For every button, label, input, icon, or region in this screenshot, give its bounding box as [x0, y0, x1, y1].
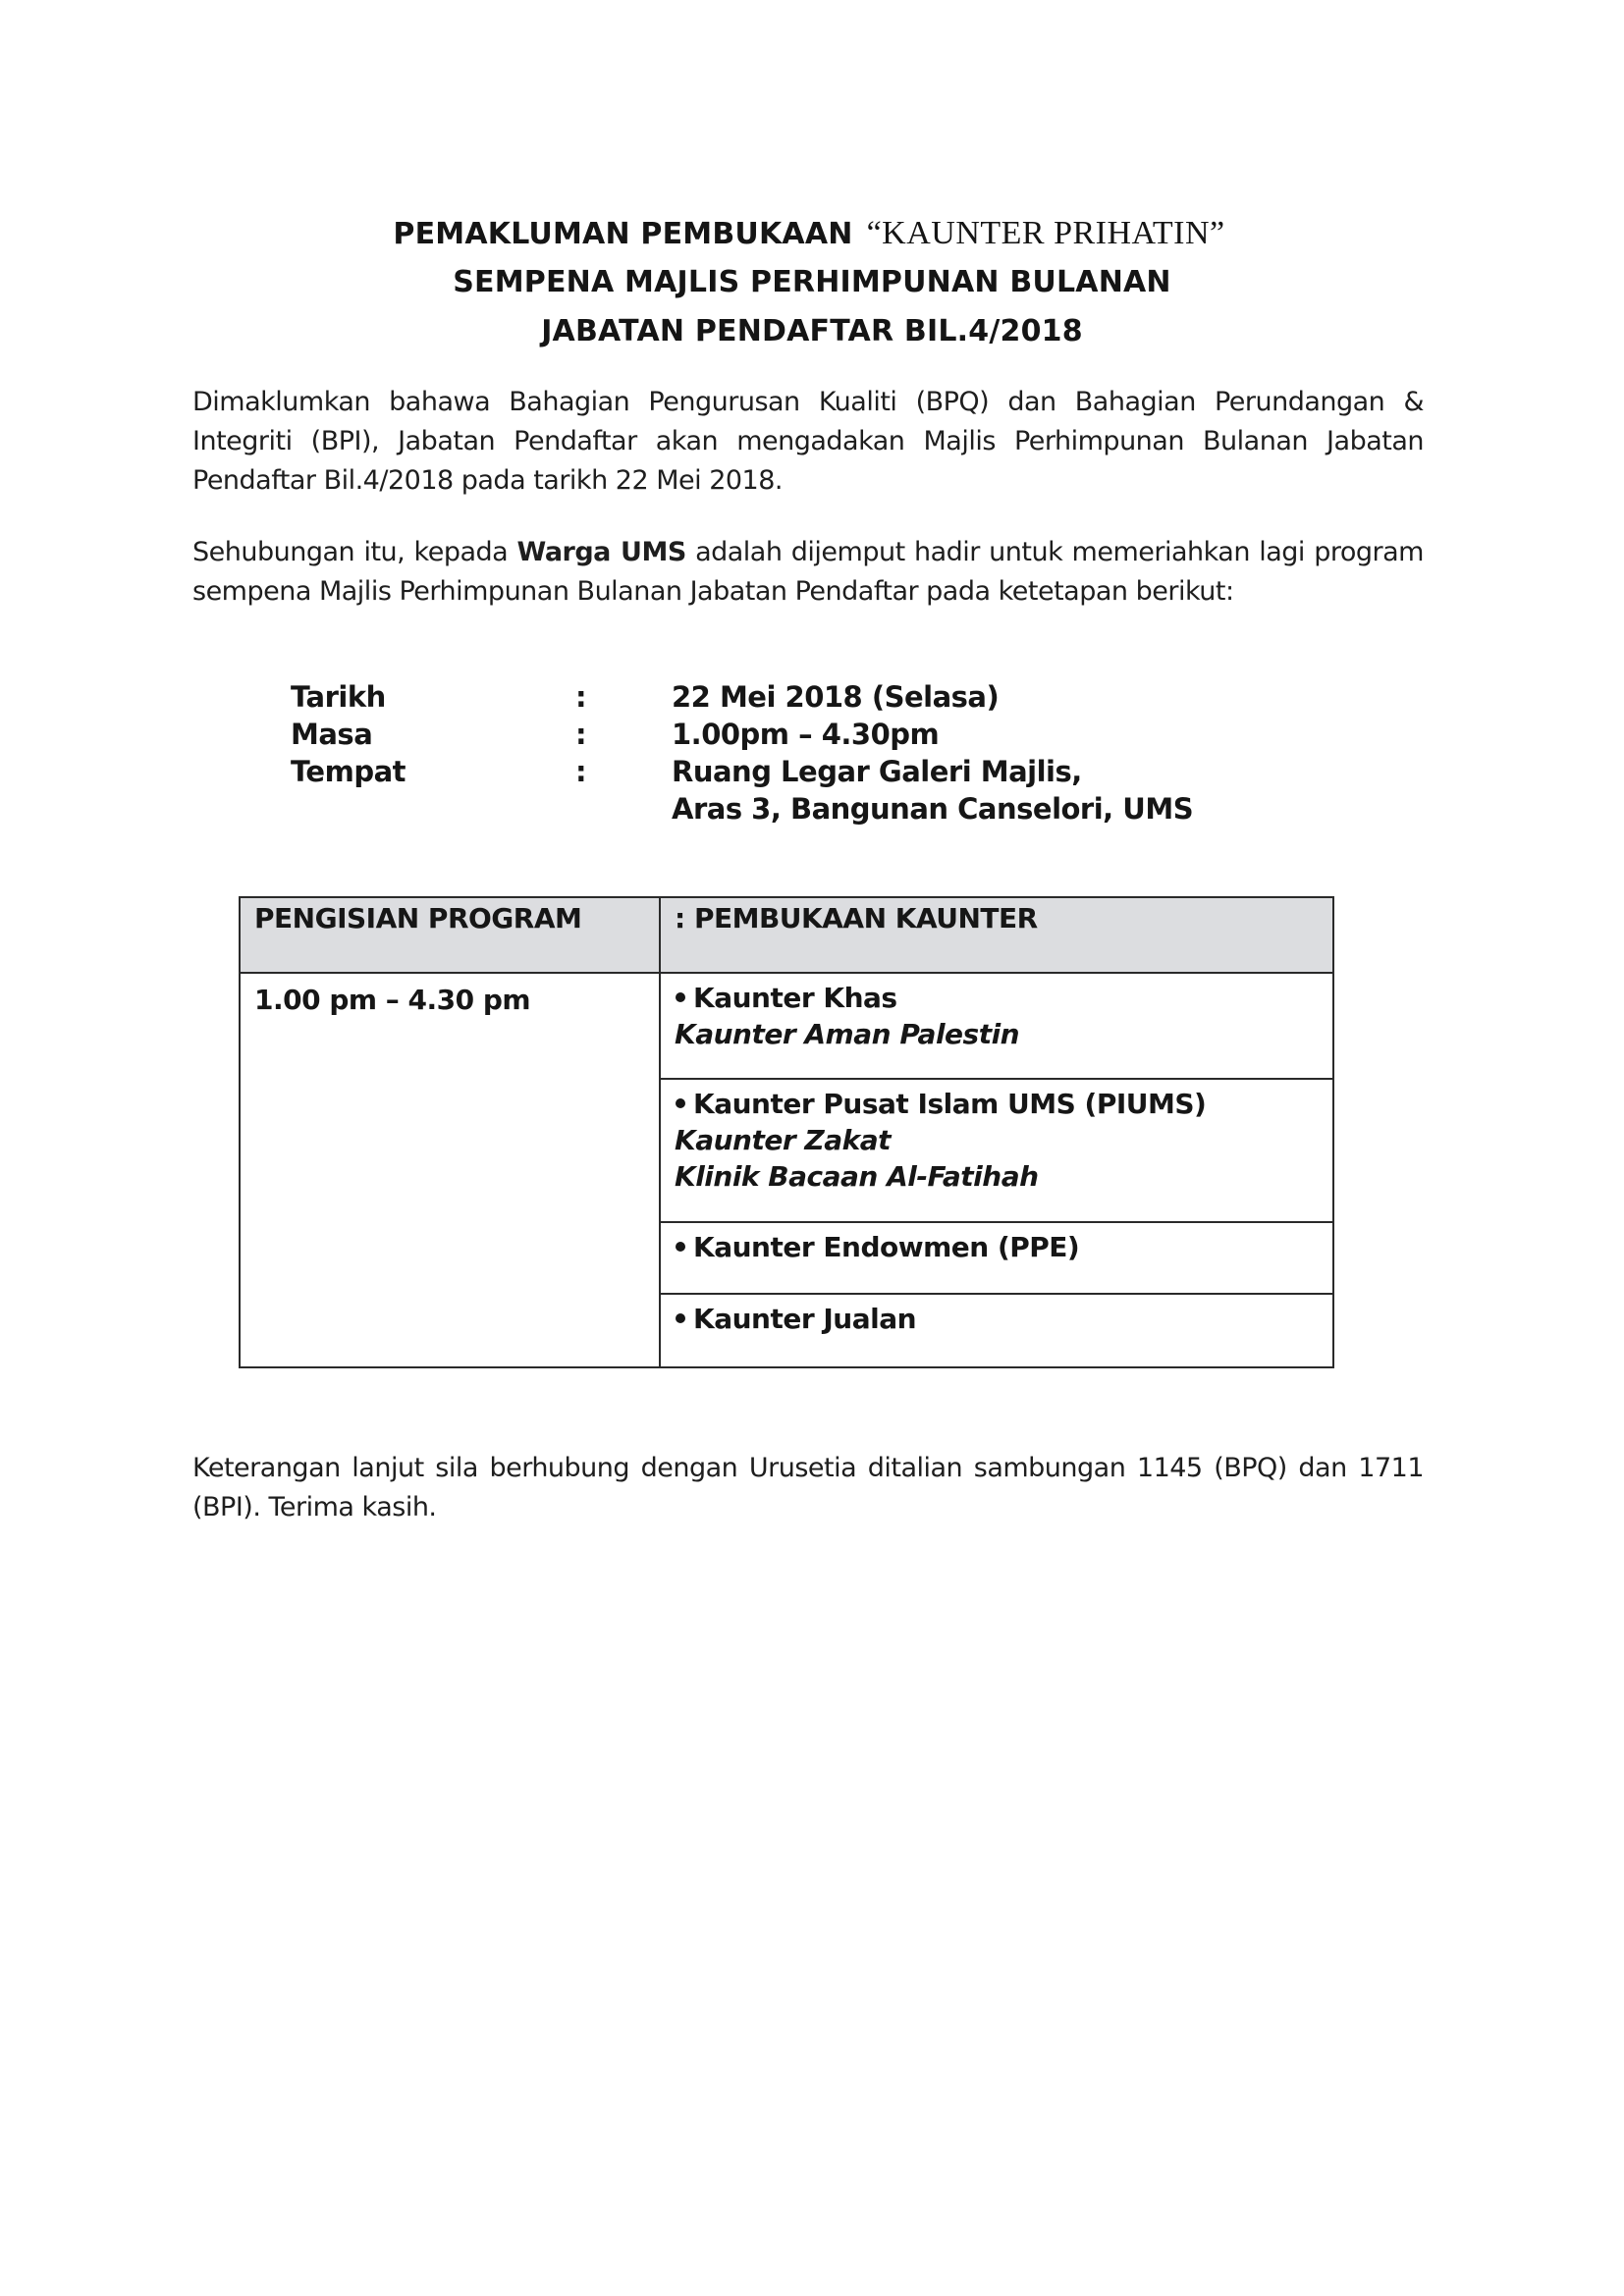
program-time: 1.00 pm – 4.30 pm — [240, 973, 660, 1367]
header-program: PENGISIAN PROGRAM — [240, 897, 660, 973]
detail-row-venue-cont: Aras 3, Bangunan Canselori, UMS — [291, 790, 1261, 828]
counter-item: Kaunter Khas Kaunter Aman Palestin — [660, 973, 1333, 1079]
counter-name-text: Kaunter Khas — [693, 982, 897, 1014]
invitation-text-before: Sehubungan itu, kepada — [192, 537, 517, 567]
title-line-3: JABATAN PENDAFTAR BIL.4/2018 — [0, 307, 1624, 356]
detail-row-time: Masa : 1.00pm – 4.30pm — [291, 716, 1261, 753]
title-line-1: PEMAKLUMAN PEMBUKAAN“KAUNTER PRIHATIN” — [0, 209, 1624, 258]
bullet-icon — [676, 1098, 685, 1108]
detail-value: Aras 3, Bangunan Canselori, UMS — [672, 790, 1261, 828]
title-serif-text: “KAUNTER PRIHATIN” — [867, 215, 1225, 251]
title-line-2: SEMPENA MAJLIS PERHIMPUNAN BULANAN — [0, 258, 1624, 307]
header-counters: : PEMBUKAAN KAUNTER — [660, 897, 1333, 973]
invitation-paragraph: Sehubungan itu, kepada Warga UMS adalah … — [192, 533, 1424, 612]
counter-item: Kaunter Endowmen (PPE) — [660, 1222, 1333, 1294]
counter-sub: Klinik Bacaan Al-Fatihah — [675, 1158, 1332, 1195]
title-bold-text: PEMAKLUMAN PEMBUKAAN — [393, 217, 852, 251]
detail-colon: : — [575, 753, 672, 790]
counter-name-text: Kaunter Jualan — [693, 1303, 916, 1335]
bullet-icon — [676, 1313, 685, 1323]
counter-name: Kaunter Endowmen (PPE) — [675, 1229, 1332, 1265]
counter-item: Kaunter Jualan — [660, 1294, 1333, 1367]
detail-label — [291, 790, 575, 828]
counter-sub: Kaunter Aman Palestin — [675, 1016, 1332, 1052]
counter-name: Kaunter Khas — [675, 980, 1332, 1016]
detail-label: Tempat — [291, 753, 575, 790]
counter-name-text: Kaunter Pusat Islam UMS (PIUMS) — [693, 1088, 1206, 1120]
detail-label: Masa — [291, 716, 575, 753]
event-details: Tarikh : 22 Mei 2018 (Selasa) Masa : 1.0… — [291, 678, 1261, 828]
document-page: PEMAKLUMAN PEMBUKAAN“KAUNTER PRIHATIN” S… — [0, 0, 1624, 2296]
counter-sub: Kaunter Zakat — [675, 1122, 1332, 1158]
bullet-icon — [676, 992, 685, 1002]
table-row: 1.00 pm – 4.30 pm Kaunter Khas Kaunter A… — [240, 973, 1333, 1079]
table-header-row: PENGISIAN PROGRAM : PEMBUKAAN KAUNTER — [240, 897, 1333, 973]
counter-name: Kaunter Jualan — [675, 1301, 1332, 1337]
detail-row-date: Tarikh : 22 Mei 2018 (Selasa) — [291, 678, 1261, 716]
intro-paragraph: Dimaklumkan bahawa Bahagian Pengurusan K… — [192, 383, 1424, 501]
detail-value: 22 Mei 2018 (Selasa) — [672, 678, 1261, 716]
closing-paragraph: Keterangan lanjut sila berhubung dengan … — [192, 1449, 1424, 1527]
detail-value: Ruang Legar Galeri Majlis, — [672, 753, 1261, 790]
document-title: PEMAKLUMAN PEMBUKAAN“KAUNTER PRIHATIN” S… — [0, 209, 1624, 356]
counter-name-text: Kaunter Endowmen (PPE) — [693, 1231, 1079, 1263]
detail-colon: : — [575, 716, 672, 753]
detail-colon — [575, 790, 672, 828]
invitation-audience: Warga UMS — [517, 537, 686, 567]
detail-value: 1.00pm – 4.30pm — [672, 716, 1261, 753]
program-table: PENGISIAN PROGRAM : PEMBUKAAN KAUNTER 1.… — [239, 896, 1334, 1368]
counter-item: Kaunter Pusat Islam UMS (PIUMS) Kaunter … — [660, 1079, 1333, 1222]
detail-row-venue: Tempat : Ruang Legar Galeri Majlis, — [291, 753, 1261, 790]
detail-colon: : — [575, 678, 672, 716]
counter-name: Kaunter Pusat Islam UMS (PIUMS) — [675, 1086, 1332, 1122]
bullet-icon — [676, 1242, 685, 1252]
detail-label: Tarikh — [291, 678, 575, 716]
